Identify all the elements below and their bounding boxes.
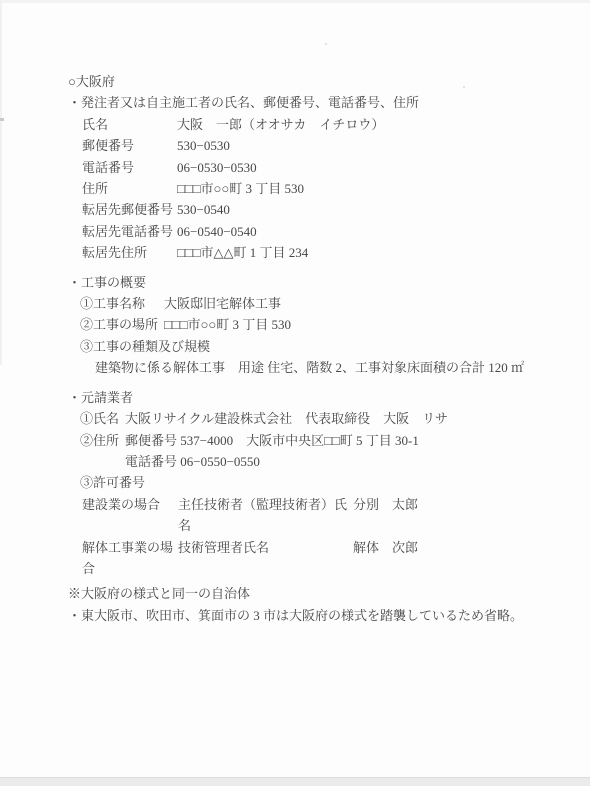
field-value: 530−0530: [177, 135, 560, 156]
scanned-document-page: ○大阪府 ・発注者又は自主施工者の氏名、郵便番号、電話番号、住所 氏名 大阪 一…: [0, 0, 590, 786]
contractor-permit-heading: ③許可番号: [80, 472, 560, 493]
orderer-row-name: 氏名 大阪 一郎（オオサカ イチロウ）: [82, 114, 560, 135]
orderer-row-new-phone: 転居先電話番号 06−0540−0540: [82, 221, 560, 242]
orderer-row-phone: 電話番号 06−0530−0530: [82, 157, 560, 178]
scan-edge-left: [0, 0, 2, 365]
orderer-section: ・発注者又は自主施工者の氏名、郵便番号、電話番号、住所 氏名 大阪 一郎（オオサ…: [68, 92, 560, 263]
field-label: 転居先電話番号: [82, 221, 177, 242]
contractor-address-line2: 電話番号 06−0550−0550: [125, 451, 560, 472]
contractor-address-line1: 郵便番号 537−4000 大阪市中央区□□町 5 丁目 30-1: [125, 430, 560, 451]
construction-location-row: ②工事の場所 □□□市○○町 3 丁目 530: [80, 314, 560, 335]
construction-section-heading: ・工事の概要: [68, 272, 560, 293]
prefecture-heading: ○大阪府: [68, 71, 560, 92]
orderer-row-new-address: 転居先住所 □□□市△△町 1 丁目 234: [82, 242, 560, 263]
orderer-row-postal-code: 郵便番号 530−0530: [82, 135, 560, 156]
field-label: 氏名: [82, 114, 177, 135]
orderer-section-heading: ・発注者又は自主施工者の氏名、郵便番号、電話番号、住所: [68, 92, 560, 113]
notes-body: ・東大阪市、吹田市、箕面市の 3 市は大阪府の様式を踏襲しているため省略。: [68, 605, 560, 626]
permit-person-name: 分別 太郎: [353, 494, 560, 537]
orderer-row-address: 住所 □□□市○○町 3 丁目 530: [82, 178, 560, 199]
construction-type-heading: ③工事の種類及び規模: [80, 336, 560, 357]
field-label: ②工事の場所: [80, 314, 164, 335]
permit-case: 建設業の場合: [82, 494, 178, 537]
field-value: □□□市△△町 1 丁目 234: [177, 242, 560, 263]
field-value: 530−0540: [177, 199, 560, 220]
permit-role: 主任技術者（監理技術者）氏名: [178, 494, 353, 537]
field-label: ①工事名称: [80, 293, 164, 314]
field-label: 転居先住所: [82, 242, 177, 263]
permit-person-name: 解体 次郎: [353, 537, 560, 580]
contractor-name-row: ①氏名 大阪リサイクル建設株式会社 代表取締役 大阪 リサ: [80, 408, 560, 429]
scan-artifact-mark: [0, 118, 4, 121]
field-value: 大阪 一郎（オオサカ イチロウ）: [177, 114, 560, 135]
scan-noise-dot: [325, 43, 327, 45]
contractor-section-heading: ・元請業者: [68, 387, 560, 408]
field-value: □□□市○○町 3 丁目 530: [177, 178, 560, 199]
orderer-row-new-postal-code: 転居先郵便番号 530−0540: [82, 199, 560, 220]
construction-type-detail: 建築物に係る解体工事 用途 住宅、階数 2、工事対象床面積の合計 120 ㎡: [95, 357, 560, 378]
contractor-address-row: ②住所 郵便番号 537−4000 大阪市中央区□□町 5 丁目 30-1 電話…: [80, 430, 560, 473]
notes-heading: ※大阪府の様式と同一の自治体: [68, 583, 560, 604]
document-content: ○大阪府 ・発注者又は自主施工者の氏名、郵便番号、電話番号、住所 氏名 大阪 一…: [68, 71, 560, 626]
field-value: □□□市○○町 3 丁目 530: [164, 314, 560, 335]
scan-edge-top: [0, 0, 590, 3]
field-value: 大阪リサイクル建設株式会社 代表取締役 大阪 リサ: [125, 408, 560, 429]
permit-row-demolition: 解体工事業の場合 技術管理者氏名 解体 次郎: [82, 537, 560, 580]
field-label: 郵便番号: [82, 135, 177, 156]
field-label: 転居先郵便番号: [82, 199, 177, 220]
field-value: 大阪邸旧宅解体工事: [164, 293, 560, 314]
field-label: 住所: [82, 178, 177, 199]
field-label: 電話番号: [82, 157, 177, 178]
permit-case: 解体工事業の場合: [82, 537, 178, 580]
field-value: 06−0530−0530: [177, 157, 560, 178]
permit-role: 技術管理者氏名: [178, 537, 353, 580]
field-value: 郵便番号 537−4000 大阪市中央区□□町 5 丁目 30-1 電話番号 0…: [125, 430, 560, 473]
field-value: 06−0540−0540: [177, 221, 560, 242]
field-label: ②住所: [80, 430, 125, 473]
contractor-section: ・元請業者 ①氏名 大阪リサイクル建設株式会社 代表取締役 大阪 リサ ②住所 …: [68, 387, 560, 580]
construction-section: ・工事の概要 ①工事名称 大阪邸旧宅解体工事 ②工事の場所 □□□市○○町 3 …: [68, 272, 560, 379]
notes-section: ※大阪府の様式と同一の自治体 ・東大阪市、吹田市、箕面市の 3 市は大阪府の様式…: [68, 583, 560, 626]
scan-edge-bottom: [0, 777, 590, 786]
field-label: ①氏名: [80, 408, 125, 429]
construction-name-row: ①工事名称 大阪邸旧宅解体工事: [80, 293, 560, 314]
permit-row-construction: 建設業の場合 主任技術者（監理技術者）氏名 分別 太郎: [82, 494, 560, 537]
